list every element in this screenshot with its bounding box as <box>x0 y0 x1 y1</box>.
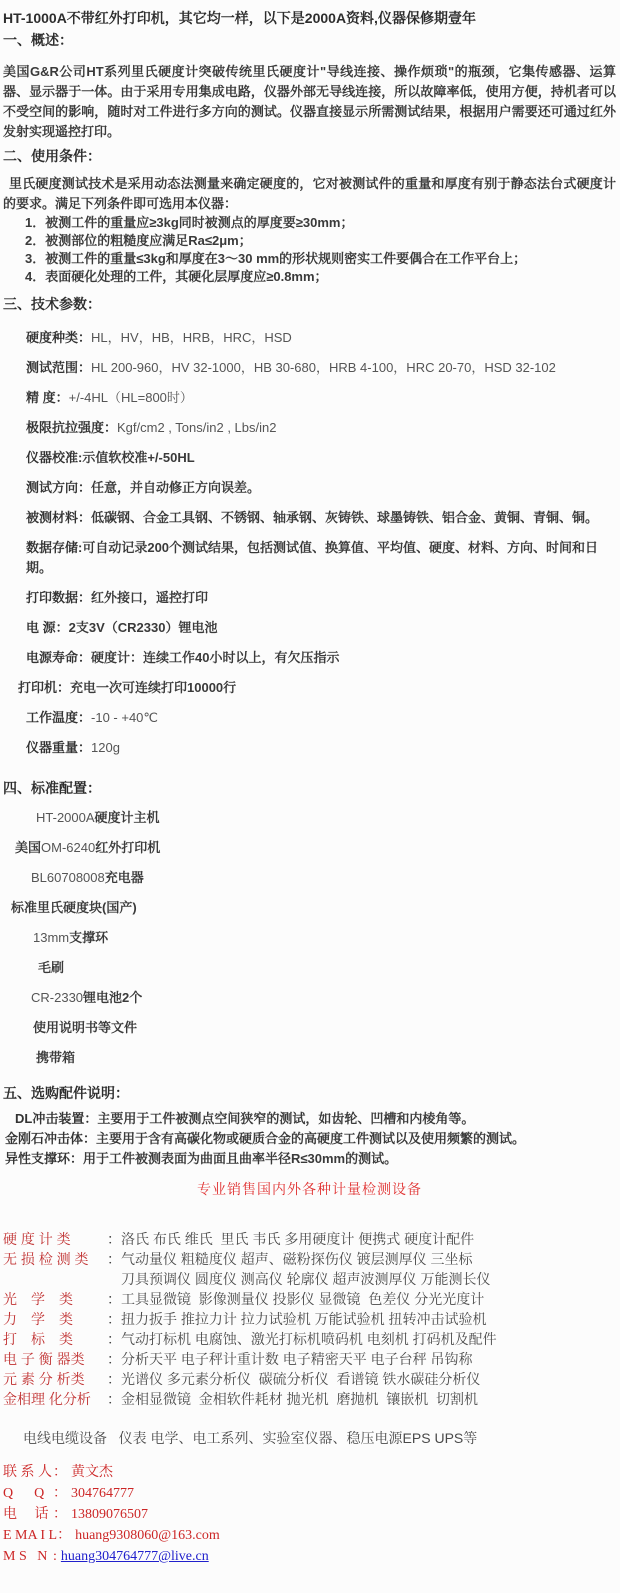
spec-value: 任意，并自动修正方向误差。 <box>91 480 260 495</box>
category-colon: ： <box>107 1289 121 1309</box>
overview-paragraph: 美国G&R公司HT系列里氏硬度计突破传统里氏硬度计"导线连接、操作烦琐"的瓶颈，… <box>3 62 616 142</box>
spec-row: 打印机：充电一次可连续打印10000行 <box>3 678 616 698</box>
condition-item: 4．表面硬化处理的工件，其硬化层厚度应≥0.8mm； <box>3 268 616 286</box>
option-item: DL冲击装置：主要用于工件被测点空间狭窄的测试，如齿轮、凹槽和内棱角等。 <box>3 1109 616 1129</box>
spec-label: 测试方向： <box>26 480 91 495</box>
category-colon: ： <box>107 1229 121 1249</box>
category-colon: ： <box>107 1329 121 1349</box>
spec-value: 示值软校准+/-50HL <box>82 450 194 465</box>
category-colon: ： <box>107 1309 121 1329</box>
spec-row: 数据存储:可自动记录200个测试结果，包括测试值、换算值、平均值、硬度、材料、方… <box>3 538 616 578</box>
config-item-code: HT-2000A <box>36 810 95 825</box>
contact-colon: ： <box>57 1528 71 1543</box>
contact-label: Q Q <box>3 1484 53 1504</box>
category-label: 光 学 类 <box>3 1289 107 1309</box>
spec-row: 精 度：+/-4HL（HL=800时） <box>3 388 616 408</box>
sales-banner: 专业销售国内外各种计量检测设备 <box>3 1179 616 1199</box>
config-item-text: 锂电池2个 <box>83 990 142 1005</box>
config-item: 携带箱 <box>3 1048 616 1068</box>
conditions-list: 1．被测工件的重量应≥3kg同时被测点的厚度要≥30mm； 2．被测部位的粗糙度… <box>3 214 616 286</box>
contact-colon: ： <box>53 1465 67 1480</box>
document: HT-1000A不带红外打印机，其它均一样，以下是2000A资料,仪器保修期壹年… <box>0 0 620 1593</box>
overview-heading: 一、概述： <box>3 30 616 50</box>
config-item-text: 支撑环 <box>69 930 108 945</box>
config-item-text: 充电器 <box>105 870 144 885</box>
config-item-text: 硬度计主机 <box>95 810 160 825</box>
category-value: 刀具预调仪 圆度仪 测高仪 轮廓仪 超声波测厚仪 万能测长仪 <box>121 1271 490 1287</box>
config-item: 标准里氏硬度块(国产) <box>3 898 616 918</box>
options-list: DL冲击装置：主要用于工件被测点空间狭窄的测试，如齿轮、凹槽和内棱角等。 金刚石… <box>3 1109 616 1169</box>
condition-item: 3．被测工件的重量≤3kg和厚度在3～30 mm的形状规则密实工件要偶合在工作平… <box>3 250 616 268</box>
config-item: 美国OM-6240红外打印机 <box>3 838 616 858</box>
category-label: 电 子 衡 器类 <box>3 1349 107 1369</box>
spec-label: 数据存储: <box>26 540 82 555</box>
config-item: 使用说明书等文件 <box>3 1018 616 1038</box>
config-item: HT-2000A硬度计主机 <box>3 808 616 828</box>
spec-label: 硬度种类： <box>26 330 91 345</box>
config-item-code: OM-6240 <box>41 840 95 855</box>
spec-value: 充电一次可连续打印10000行 <box>70 680 236 695</box>
category-row: 力 学 类：扭力扳手 推拉力计 拉力试验机 万能试验机 扭转冲击试验机 <box>3 1309 616 1329</box>
extra-products-line: 电线电缆设备 仪表 电学、电工系列、实验室仪器、稳压电源EPS UPS等 <box>3 1428 616 1448</box>
category-value: 气动打标机 电腐蚀、激光打标机喷码机 电刻机 打码机及配件 <box>121 1331 497 1347</box>
contact-row: M S N:huang304764777@live.cn <box>3 1547 616 1567</box>
category-row: 电 子 衡 器类：分析天平 电子秤计重计数 电子精密天平 电子台秤 吊钩称 <box>3 1349 616 1369</box>
category-colon: ： <box>107 1349 121 1369</box>
category-colon: ： <box>107 1369 121 1389</box>
category-row: 硬 度 计 类：洛氏 布氏 维氏 里氏 韦氏 多用硬度计 便携式 硬度计配件 <box>3 1229 616 1249</box>
spec-value: 120g <box>91 740 120 755</box>
spec-label: 打印数据： <box>26 590 91 605</box>
category-label: 打 标 类 <box>3 1329 107 1349</box>
spec-row: 被测材料：低碳钢、合金工具钢、不锈钢、轴承钢、灰铸铁、球墨铸铁、铝合金、黄铜、青… <box>3 508 616 528</box>
category-list: 硬 度 计 类：洛氏 布氏 维氏 里氏 韦氏 多用硬度计 便携式 硬度计配件 无… <box>3 1229 616 1409</box>
spec-row: 仪器重量：120g <box>3 738 616 758</box>
option-label: 金刚石冲击体： <box>5 1131 96 1146</box>
category-label: 硬 度 计 类 <box>3 1229 107 1249</box>
spec-label: 被测材料： <box>26 510 91 525</box>
category-row: 金相理 化分析：金相显微镜 金相软件耗材 抛光机 磨抛机 镶嵌机 切割机 <box>3 1389 616 1409</box>
spec-label: 电源寿命： <box>26 650 91 665</box>
spec-row: 工作温度：-10 - +40℃ <box>3 708 616 728</box>
category-label: 无 损 检 测 类 <box>3 1249 107 1269</box>
spec-value: 可自动记录200个测试结果，包括测试值、换算值、平均值、硬度、材料、方向、时间和… <box>26 540 598 575</box>
category-value: 分析天平 电子秤计重计数 电子精密天平 电子台秤 吊钩称 <box>121 1351 473 1367</box>
category-row: 打 标 类：气动打标机 电腐蚀、激光打标机喷码机 电刻机 打码机及配件 <box>3 1329 616 1349</box>
config-item-text: 携带箱 <box>36 1050 75 1065</box>
spec-row: 测试方向：任意，并自动修正方向误差。 <box>3 478 616 498</box>
condition-item: 2．被测部位的粗糙度应满足Ra≤2μm； <box>3 232 616 250</box>
contact-label: M S N <box>3 1547 53 1567</box>
contact-colon: ： <box>53 1486 67 1501</box>
category-colon: ： <box>107 1249 121 1269</box>
contact-block: 联 系 人：黄文杰 Q Q：304764777 电 话：13809076507 … <box>3 1463 616 1567</box>
spec-list: 硬度种类：HL，HV，HB，HRB，HRC，HSD 测试范围：HL 200-96… <box>3 328 616 758</box>
spec-value: 低碳钢、合金工具钢、不锈钢、轴承钢、灰铸铁、球墨铸铁、铝合金、黄铜、青铜、铜。 <box>91 510 598 525</box>
contact-label: 电 话 <box>3 1505 53 1525</box>
spec-label: 仪器重量： <box>26 740 91 755</box>
category-value: 工具显微镜 影像测量仪 投影仪 显微镜 色差仪 分光光度计 <box>121 1291 484 1307</box>
contact-row: Q Q：304764777 <box>3 1484 616 1504</box>
category-label: 金相理 化分析 <box>3 1389 107 1409</box>
contact-value: 304764777 <box>67 1486 134 1501</box>
contact-value: 13809076507 <box>67 1507 148 1522</box>
config-item-text: 毛刷 <box>38 960 64 975</box>
usage-conditions-heading: 二、使用条件： <box>3 146 616 166</box>
spec-row: 测试范围：HL 200-960，HV 32-1000，HB 30-680，HRB… <box>3 358 616 378</box>
spec-row: 电源寿命：硬度计：连续工作40小时以上，有欠压指示 <box>3 648 616 668</box>
option-label: DL冲击装置： <box>15 1111 97 1126</box>
spec-label: 工作温度： <box>26 710 91 725</box>
contact-label: 联 系 人 <box>3 1463 53 1483</box>
spec-label: 精 度： <box>26 390 69 405</box>
spec-label: 打印机： <box>18 680 70 695</box>
spec-value: Kgf/cm2 , Tons/in2 , Lbs/in2 <box>117 420 276 435</box>
config-item-code: BL60708008 <box>31 870 105 885</box>
config-item-text: 美国 <box>15 840 41 855</box>
config-item: 毛刷 <box>3 958 616 978</box>
spec-label: 测试范围： <box>26 360 91 375</box>
spec-label: 仪器校准: <box>26 450 82 465</box>
spec-row: 打印数据：红外接口，遥控打印 <box>3 588 616 608</box>
category-colon: ： <box>107 1389 121 1409</box>
spec-row: 仪器校准:示值软校准+/-50HL <box>3 448 616 468</box>
spec-value: -10 - +40℃ <box>91 710 158 725</box>
category-row: 元 素 分 析类：光谱仪 多元素分析仪 碳硫分析仪 看谱镜 铁水碳硅分析仪 <box>3 1369 616 1389</box>
page-title: HT-1000A不带红外打印机，其它均一样，以下是2000A资料,仪器保修期壹年 <box>3 8 616 28</box>
config-item: BL60708008充电器 <box>3 868 616 888</box>
category-row: 光 学 类：工具显微镜 影像测量仪 投影仪 显微镜 色差仪 分光光度计 <box>3 1289 616 1309</box>
category-label: 元 素 分 析类 <box>3 1369 107 1389</box>
option-desc: 用于工件被测表面为曲面且曲率半径R≤30mm的测试。 <box>83 1151 397 1166</box>
option-desc: 主要用于工件被测点空间狭窄的测试，如齿轮、凹槽和内棱角等。 <box>97 1111 474 1126</box>
contact-row: 电 话：13809076507 <box>3 1505 616 1525</box>
standard-config-heading: 四、标准配置： <box>3 778 616 798</box>
category-label: 力 学 类 <box>3 1309 107 1329</box>
option-label: 异性支撑环： <box>5 1151 83 1166</box>
msn-link[interactable]: huang304764777@live.cn <box>57 1549 209 1564</box>
contact-email: huang9308060@163.com <box>71 1528 220 1543</box>
spec-value: 红外接口，遥控打印 <box>91 590 208 605</box>
spec-row: 电 源：2支3V（CR2330）锂电池 <box>3 618 616 638</box>
spec-value: HL 200-960，HV 32-1000，HB 30-680，HRB 4-10… <box>91 360 556 375</box>
config-item-code: CR-2330 <box>31 990 83 1005</box>
spec-value: 2支3V（CR2330）锂电池 <box>69 620 218 635</box>
config-item-text: 使用说明书等文件 <box>33 1020 137 1035</box>
category-value: 金相显微镜 金相软件耗材 抛光机 磨抛机 镶嵌机 切割机 <box>121 1391 478 1407</box>
spec-label: 极限抗拉强度： <box>26 420 117 435</box>
option-item: 金刚石冲击体：主要用于含有高碳化物或硬质合金的高硬度工件测试以及使用频繁的测试。 <box>3 1129 616 1149</box>
config-item-text: 红外打印机 <box>95 840 160 855</box>
category-value: 气动量仪 粗糙度仪 超声、磁粉探伤仪 镀层测厚仪 三坐标 <box>121 1251 473 1267</box>
contact-value: 黄文杰 <box>67 1465 113 1480</box>
option-item: 异性支撑环：用于工件被测表面为曲面且曲率半径R≤30mm的测试。 <box>3 1149 616 1169</box>
contact-row: E MA I L：huang9308060@163.com <box>3 1526 616 1546</box>
condition-item: 1．被测工件的重量应≥3kg同时被测点的厚度要≥30mm； <box>3 214 616 232</box>
contact-row: 联 系 人：黄文杰 <box>3 1463 616 1483</box>
spec-label: 电 源： <box>26 620 69 635</box>
config-list: HT-2000A硬度计主机 美国OM-6240红外打印机 BL60708008充… <box>3 808 616 1068</box>
category-value: 扭力扳手 推拉力计 拉力试验机 万能试验机 扭转冲击试验机 <box>121 1311 487 1327</box>
contact-label: E MA I L <box>3 1526 57 1546</box>
config-item: CR-2330锂电池2个 <box>3 988 616 1008</box>
optional-accessories-heading: 五、选购配件说明： <box>3 1083 616 1103</box>
category-value: 光谱仪 多元素分析仪 碳硫分析仪 看谱镜 铁水碳硅分析仪 <box>121 1371 480 1387</box>
category-row: 无 损 检 测 类：气动量仪 粗糙度仪 超声、磁粉探伤仪 镀层测厚仪 三坐标 <box>3 1249 616 1269</box>
config-item: 13mm支撑环 <box>3 928 616 948</box>
tech-params-heading: 三、技术参数： <box>3 294 616 314</box>
category-value: 洛氏 布氏 维氏 里氏 韦氏 多用硬度计 便携式 硬度计配件 <box>121 1231 474 1247</box>
spec-row: 极限抗拉强度：Kgf/cm2 , Tons/in2 , Lbs/in2 <box>3 418 616 438</box>
category-row: 刀具预调仪 圆度仪 测高仪 轮廓仪 超声波测厚仪 万能测长仪 <box>3 1269 616 1289</box>
spec-value: 硬度计：连续工作40小时以上，有欠压指示 <box>91 650 339 665</box>
contact-colon: ： <box>53 1507 67 1522</box>
option-desc: 主要用于含有高碳化物或硬质合金的高硬度工件测试以及使用频繁的测试。 <box>96 1131 525 1146</box>
spec-value: HL，HV，HB，HRB，HRC，HSD <box>91 330 292 345</box>
spec-row: 硬度种类：HL，HV，HB，HRB，HRC，HSD <box>3 328 616 348</box>
config-item-code: 13mm <box>33 930 69 945</box>
spec-value: +/-4HL（HL=800时） <box>69 390 193 405</box>
conditions-paragraph: 里氏硬度测试技术是采用动态法测量来确定硬度的，它对被测试件的重量和厚度有别于静态… <box>3 174 616 214</box>
config-item-text: 标准里氏硬度块(国产) <box>11 900 137 915</box>
